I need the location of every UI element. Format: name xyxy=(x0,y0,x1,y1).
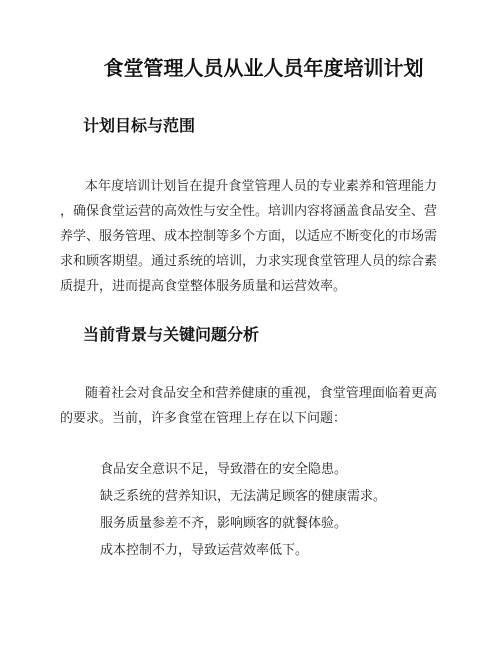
paragraph: 随着社会对食品安全和营养健康的重视，食堂管理面临着更高 的要求。当前，许多食堂在… xyxy=(60,380,437,430)
section-heading-plan-goals: 计划目标与范围 xyxy=(60,118,437,135)
document-content: 食堂管理人员从业人员年度培训计划 计划目标与范围 本年度培训计划旨在提升食堂管理… xyxy=(0,0,500,563)
paragraph-line: ，确保食堂运营的高效性与安全性。培训内容将涵盖食品安全、营 xyxy=(60,198,437,223)
section-heading-background-analysis: 当前背景与关键问题分析 xyxy=(60,327,437,344)
paragraph-line: 质提升，进而提高食堂整体服务质量和运营效率。 xyxy=(60,273,437,298)
list-item: 服务质量参差不齐，影响顾客的就餐体验。 xyxy=(100,509,437,536)
paragraph-line: 养学、服务管理、成本控制等多个方面，以适应不断变化的市场需 xyxy=(60,223,437,248)
list-item: 成本控制不力，导致运营效率低下。 xyxy=(100,536,437,563)
section-plan-goals: 计划目标与范围 本年度培训计划旨在提升食堂管理人员的专业素养和管理能力 ，确保食… xyxy=(60,118,437,298)
list-item: 食品安全意识不足，导致潜在的安全隐患。 xyxy=(100,455,437,482)
document-title: 食堂管理人员从业人员年度培训计划 xyxy=(60,0,437,82)
paragraph-line: 随着社会对食品安全和营养健康的重视，食堂管理面临着更高 xyxy=(60,380,437,405)
paragraph: 本年度培训计划旨在提升食堂管理人员的专业素养和管理能力 ，确保食堂运营的高效性与… xyxy=(60,173,437,298)
issue-list: 食品安全意识不足，导致潜在的安全隐患。 缺乏系统的营养知识，无法满足顾客的健康需… xyxy=(60,455,437,563)
paragraph-line: 求和顾客期望。通过系统的培训，力求实现食堂管理人员的综合素 xyxy=(60,248,437,273)
list-item: 缺乏系统的营养知识，无法满足顾客的健康需求。 xyxy=(100,482,437,509)
section-background-analysis: 当前背景与关键问题分析 随着社会对食品安全和营养健康的重视，食堂管理面临着更高 … xyxy=(60,327,437,563)
paragraph-line: 本年度培训计划旨在提升食堂管理人员的专业素养和管理能力 xyxy=(60,173,437,198)
document-page: 食堂管理人员从业人员年度培训计划 计划目标与范围 本年度培训计划旨在提升食堂管理… xyxy=(0,0,500,647)
paragraph-line: 的要求。当前，许多食堂在管理上存在以下问题： xyxy=(60,405,437,430)
